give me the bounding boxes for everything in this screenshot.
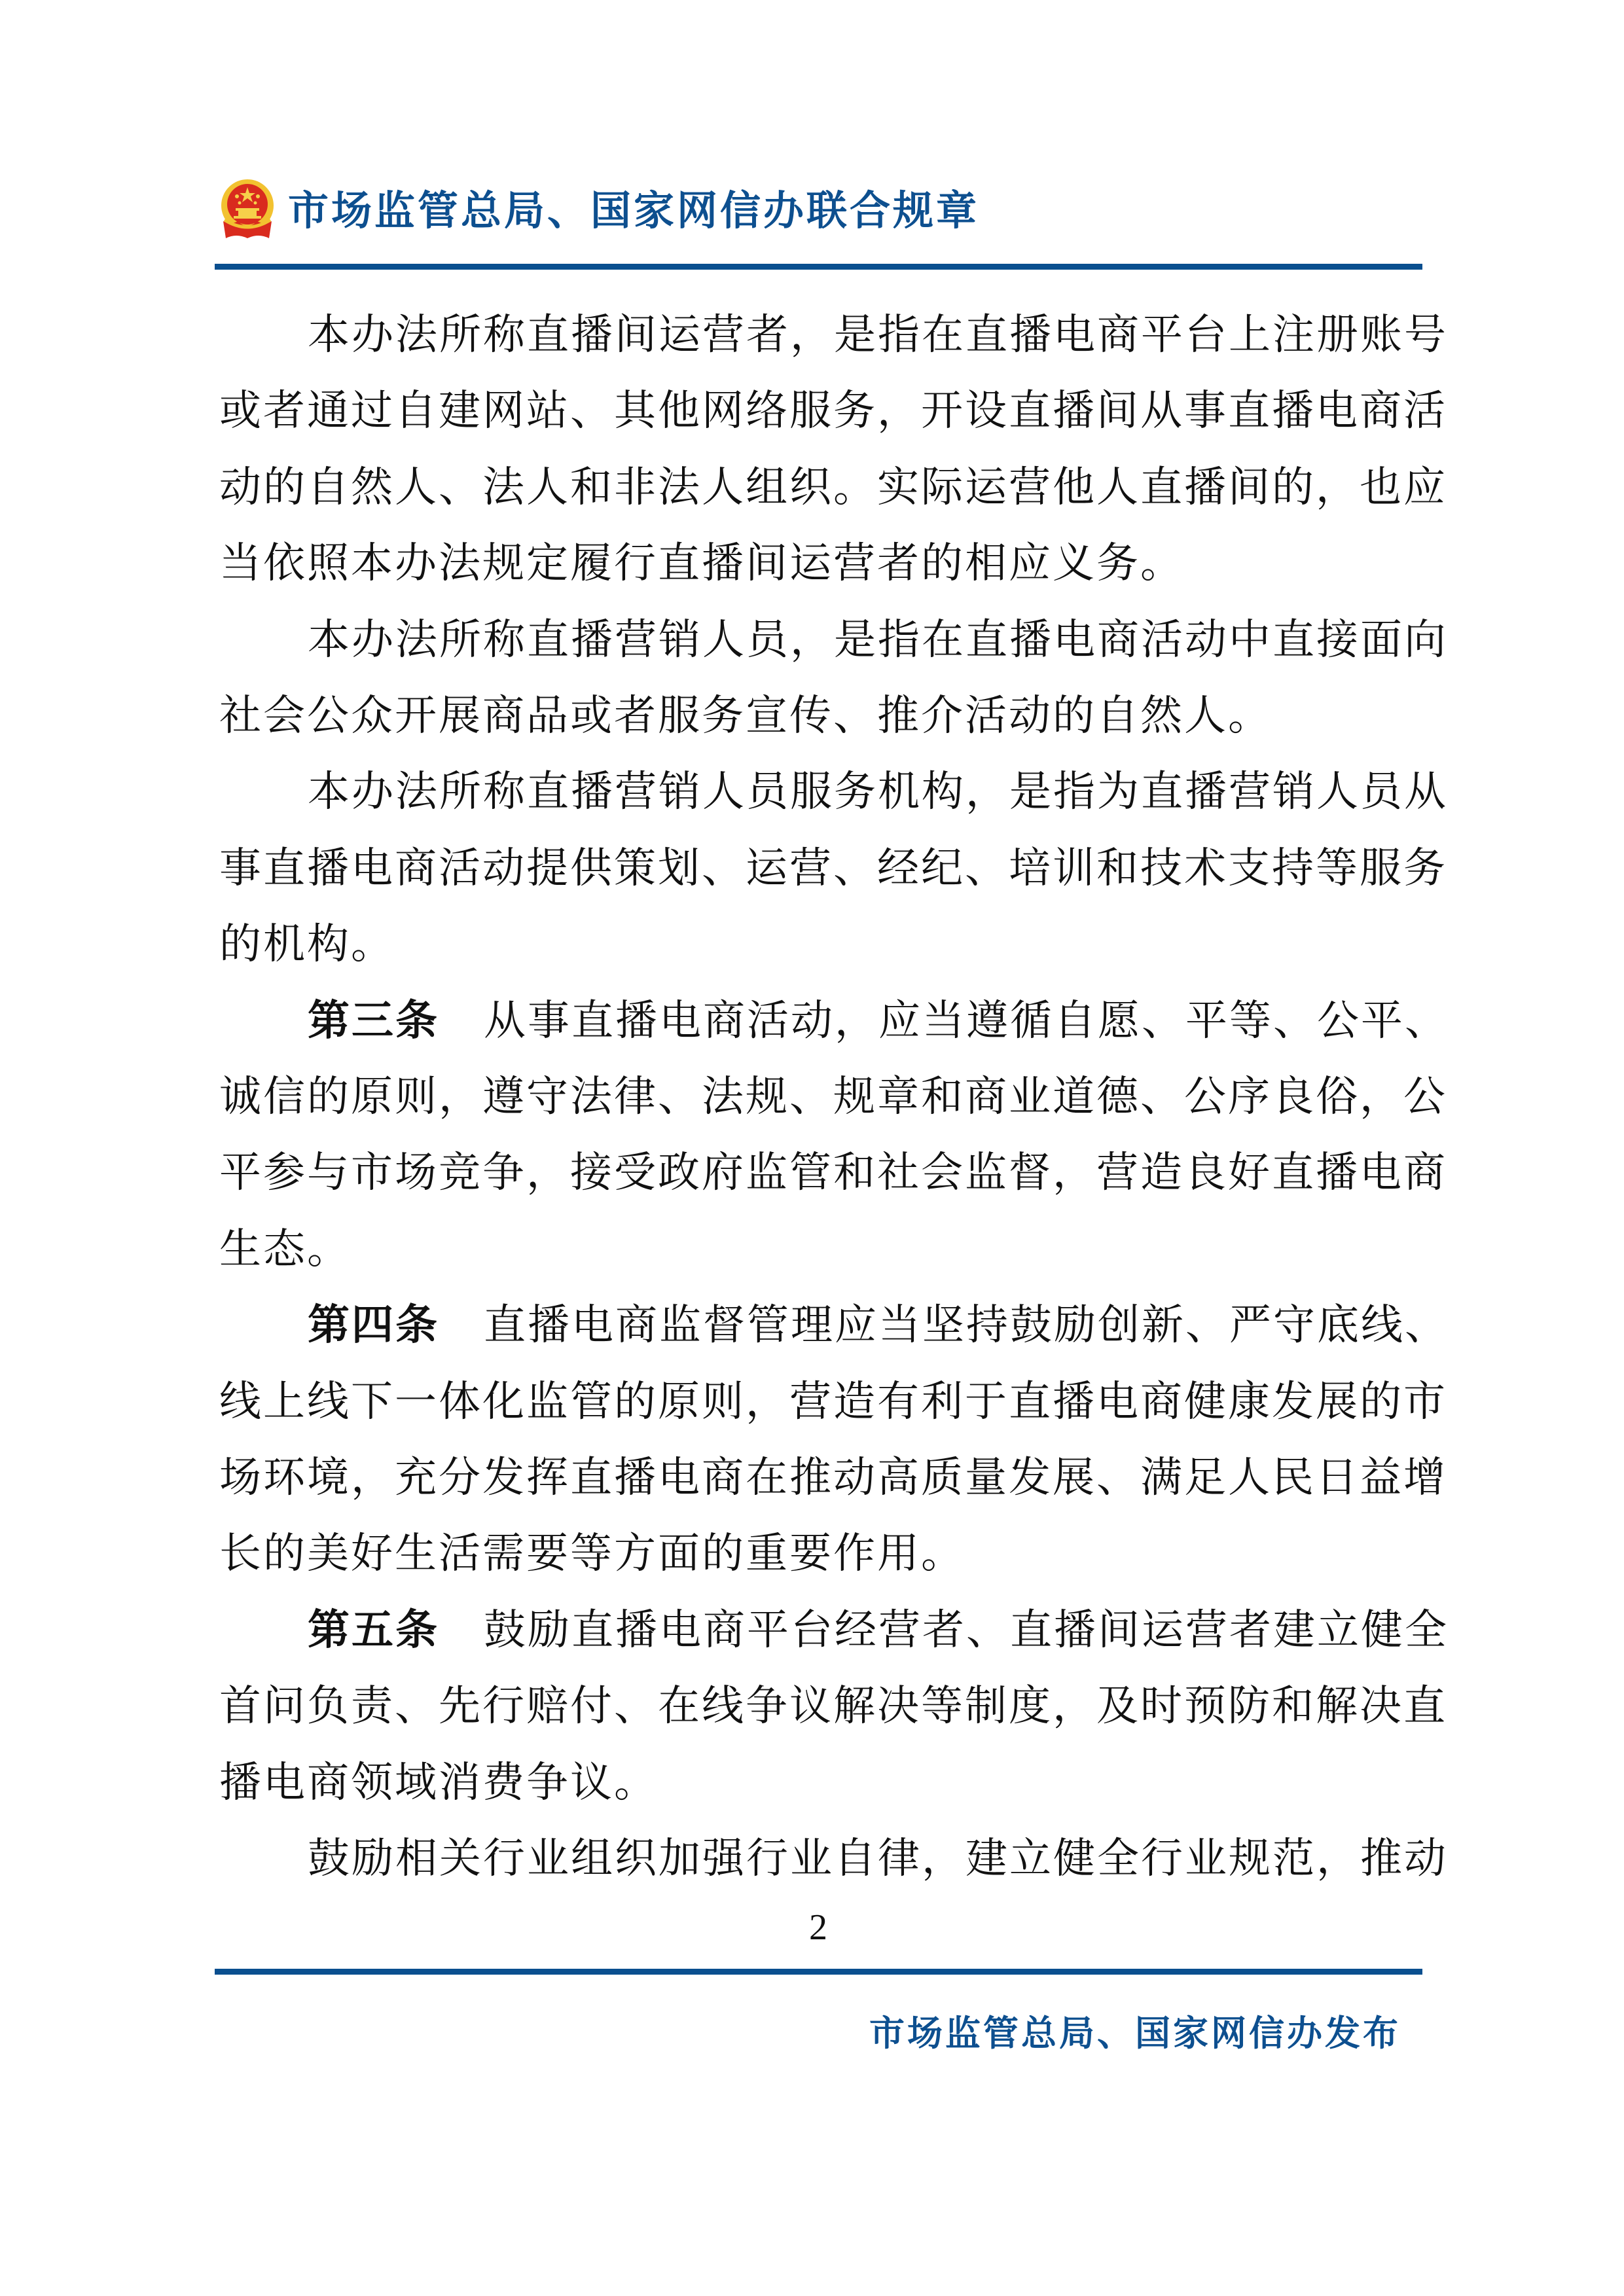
line-text: 动的自然人、法人和非法人组织。实际运营他人直播间的，也应 xyxy=(219,461,1418,514)
line-content: 本办法所称直播营销人员，是指在直播电商活动中直接面向 xyxy=(308,616,1448,664)
body-line: 线上线下一体化监管的原则，营造有利于直播电商健康发展的市 xyxy=(219,1376,1418,1428)
body-line: 本办法所称直播营销人员服务机构，是指为直播营销人员从 xyxy=(219,766,1418,818)
line-content: 首问负责、先行赔付、在线争议解决等制度，及时预防和解决直 xyxy=(219,1682,1447,1731)
national-emblem-icon xyxy=(218,178,277,241)
line-text: 诚信的原则，遵守法律、法规、规章和商业道德、公序良俗，公 xyxy=(219,1071,1418,1123)
body-line: 当依照本办法规定履行直播间运营者的相应义务。 xyxy=(219,537,1418,590)
line-text: 鼓励相关行业组织加强行业自律，建立健全行业规范，推动 xyxy=(219,1833,1418,1885)
line-text: 本办法所称直播营销人员，是指在直播电商活动中直接面向 xyxy=(219,614,1418,666)
line-text: 播电商领域消费争议。 xyxy=(219,1757,1418,1809)
body-line: 动的自然人、法人和非法人组织。实际运营他人直播间的，也应 xyxy=(219,461,1418,514)
line-content: 线上线下一体化监管的原则，营造有利于直播电商健康发展的市 xyxy=(219,1378,1447,1426)
line-content: 本办法所称直播间运营者，是指在直播电商平台上注册账号 xyxy=(308,311,1448,359)
article-number: 第四条 xyxy=(308,1301,439,1350)
body-line: 的机构。 xyxy=(219,918,1418,971)
line-text: 本办法所称直播间运营者，是指在直播电商平台上注册账号 xyxy=(219,309,1418,361)
body-line: 或者通过自建网站、其他网络服务，开设直播间从事直播电商活 xyxy=(219,385,1418,437)
line-content: 事直播电商活动提供策划、运营、经纪、培训和技术支持等服务 xyxy=(219,844,1447,893)
line-text: 事直播电商活动提供策划、运营、经纪、培训和技术支持等服务 xyxy=(219,842,1418,895)
line-text: 场环境，充分发挥直播电商在推动高质量发展、满足人民日益增 xyxy=(219,1452,1418,1504)
line-content: 鼓励直播电商平台经营者、直播间运营者建立健全 xyxy=(484,1606,1449,1655)
line-content: 的机构。 xyxy=(219,920,395,969)
line-text: 线上线下一体化监管的原则，营造有利于直播电商健康发展的市 xyxy=(219,1376,1418,1428)
line-text: 第四条直播电商监督管理应当坚持鼓励创新、严守底线、 xyxy=(219,1299,1418,1352)
article-number: 第三条 xyxy=(308,997,439,1045)
line-text: 当依照本办法规定履行直播间运营者的相应义务。 xyxy=(219,537,1418,590)
footer-rule xyxy=(215,1969,1422,1975)
body-line: 鼓励相关行业组织加强行业自律，建立健全行业规范，推动 xyxy=(219,1833,1418,1885)
line-content: 长的美好生活需要等方面的重要作用。 xyxy=(219,1530,965,1578)
line-text: 或者通过自建网站、其他网络服务，开设直播间从事直播电商活 xyxy=(219,385,1418,437)
line-content: 平参与市场竞争，接受政府监管和社会监督，营造良好直播电商 xyxy=(219,1149,1447,1197)
line-content: 播电商领域消费争议。 xyxy=(219,1759,658,1807)
header-rule xyxy=(215,264,1422,270)
line-content: 社会公众开展商品或者服务宣传、推介活动的自然人。 xyxy=(219,692,1272,740)
line-text: 首问负责、先行赔付、在线争议解决等制度，及时预防和解决直 xyxy=(219,1680,1418,1732)
body-line: 生态。 xyxy=(219,1223,1418,1276)
line-content: 直播电商监督管理应当坚持鼓励创新、严守底线、 xyxy=(484,1301,1449,1350)
article-line: 第五条鼓励直播电商平台经营者、直播间运营者建立健全 xyxy=(219,1604,1418,1657)
line-text: 第五条鼓励直播电商平台经营者、直播间运营者建立健全 xyxy=(219,1604,1418,1657)
header-title: 市场监管总局、国家网信办联合规章 xyxy=(288,185,979,237)
line-content: 当依照本办法规定履行直播间运营者的相应义务。 xyxy=(219,539,1184,588)
line-text: 第三条从事直播电商活动，应当遵循自愿、平等、公平、 xyxy=(219,995,1418,1047)
article-line: 第四条直播电商监督管理应当坚持鼓励创新、严守底线、 xyxy=(219,1299,1418,1352)
body-line: 长的美好生活需要等方面的重要作用。 xyxy=(219,1528,1418,1580)
body-line: 事直播电商活动提供策划、运营、经纪、培训和技术支持等服务 xyxy=(219,842,1418,895)
body-line: 本办法所称直播营销人员，是指在直播电商活动中直接面向 xyxy=(219,614,1418,666)
body-line: 首问负责、先行赔付、在线争议解决等制度，及时预防和解决直 xyxy=(219,1680,1418,1732)
line-text: 的机构。 xyxy=(219,918,1418,971)
line-text: 本办法所称直播营销人员服务机构，是指为直播营销人员从 xyxy=(219,766,1418,818)
body-line: 播电商领域消费争议。 xyxy=(219,1757,1418,1809)
line-content: 从事直播电商活动，应当遵循自愿、平等、公平、 xyxy=(484,997,1449,1045)
body-line: 平参与市场竞争，接受政府监管和社会监督，营造良好直播电商 xyxy=(219,1147,1418,1199)
line-content: 本办法所称直播营销人员服务机构，是指为直播营销人员从 xyxy=(308,768,1448,816)
body-line: 社会公众开展商品或者服务宣传、推介活动的自然人。 xyxy=(219,690,1418,742)
body-line: 场环境，充分发挥直播电商在推动高质量发展、满足人民日益增 xyxy=(219,1452,1418,1504)
line-text: 长的美好生活需要等方面的重要作用。 xyxy=(219,1528,1418,1580)
line-content: 场环境，充分发挥直播电商在推动高质量发展、满足人民日益增 xyxy=(219,1454,1447,1502)
footer-publisher: 市场监管总局、国家网信办发布 xyxy=(869,2011,1401,2056)
body-line: 本办法所称直播间运营者，是指在直播电商平台上注册账号 xyxy=(219,309,1418,361)
line-text: 社会公众开展商品或者服务宣传、推介活动的自然人。 xyxy=(219,690,1418,742)
line-content: 生态。 xyxy=(219,1225,351,1274)
line-content: 诚信的原则，遵守法律、法规、规章和商业道德、公序良俗，公 xyxy=(219,1073,1447,1121)
page-number: 2 xyxy=(785,1908,851,1947)
line-text: 生态。 xyxy=(219,1223,1418,1276)
article-line: 第三条从事直播电商活动，应当遵循自愿、平等、公平、 xyxy=(219,995,1418,1047)
line-text: 平参与市场竞争，接受政府监管和社会监督，营造良好直播电商 xyxy=(219,1147,1418,1199)
line-content: 鼓励相关行业组织加强行业自律，建立健全行业规范，推动 xyxy=(308,1835,1448,1883)
document-page: 市场监管总局、国家网信办联合规章 本办法所称直播间运营者，是指在直播电商平台上注… xyxy=(0,0,1624,2296)
body-line: 诚信的原则，遵守法律、法规、规章和商业道德、公序良俗，公 xyxy=(219,1071,1418,1123)
article-number: 第五条 xyxy=(308,1606,439,1655)
line-content: 动的自然人、法人和非法人组织。实际运营他人直播间的，也应 xyxy=(219,463,1447,512)
line-content: 或者通过自建网站、其他网络服务，开设直播间从事直播电商活 xyxy=(219,387,1447,435)
